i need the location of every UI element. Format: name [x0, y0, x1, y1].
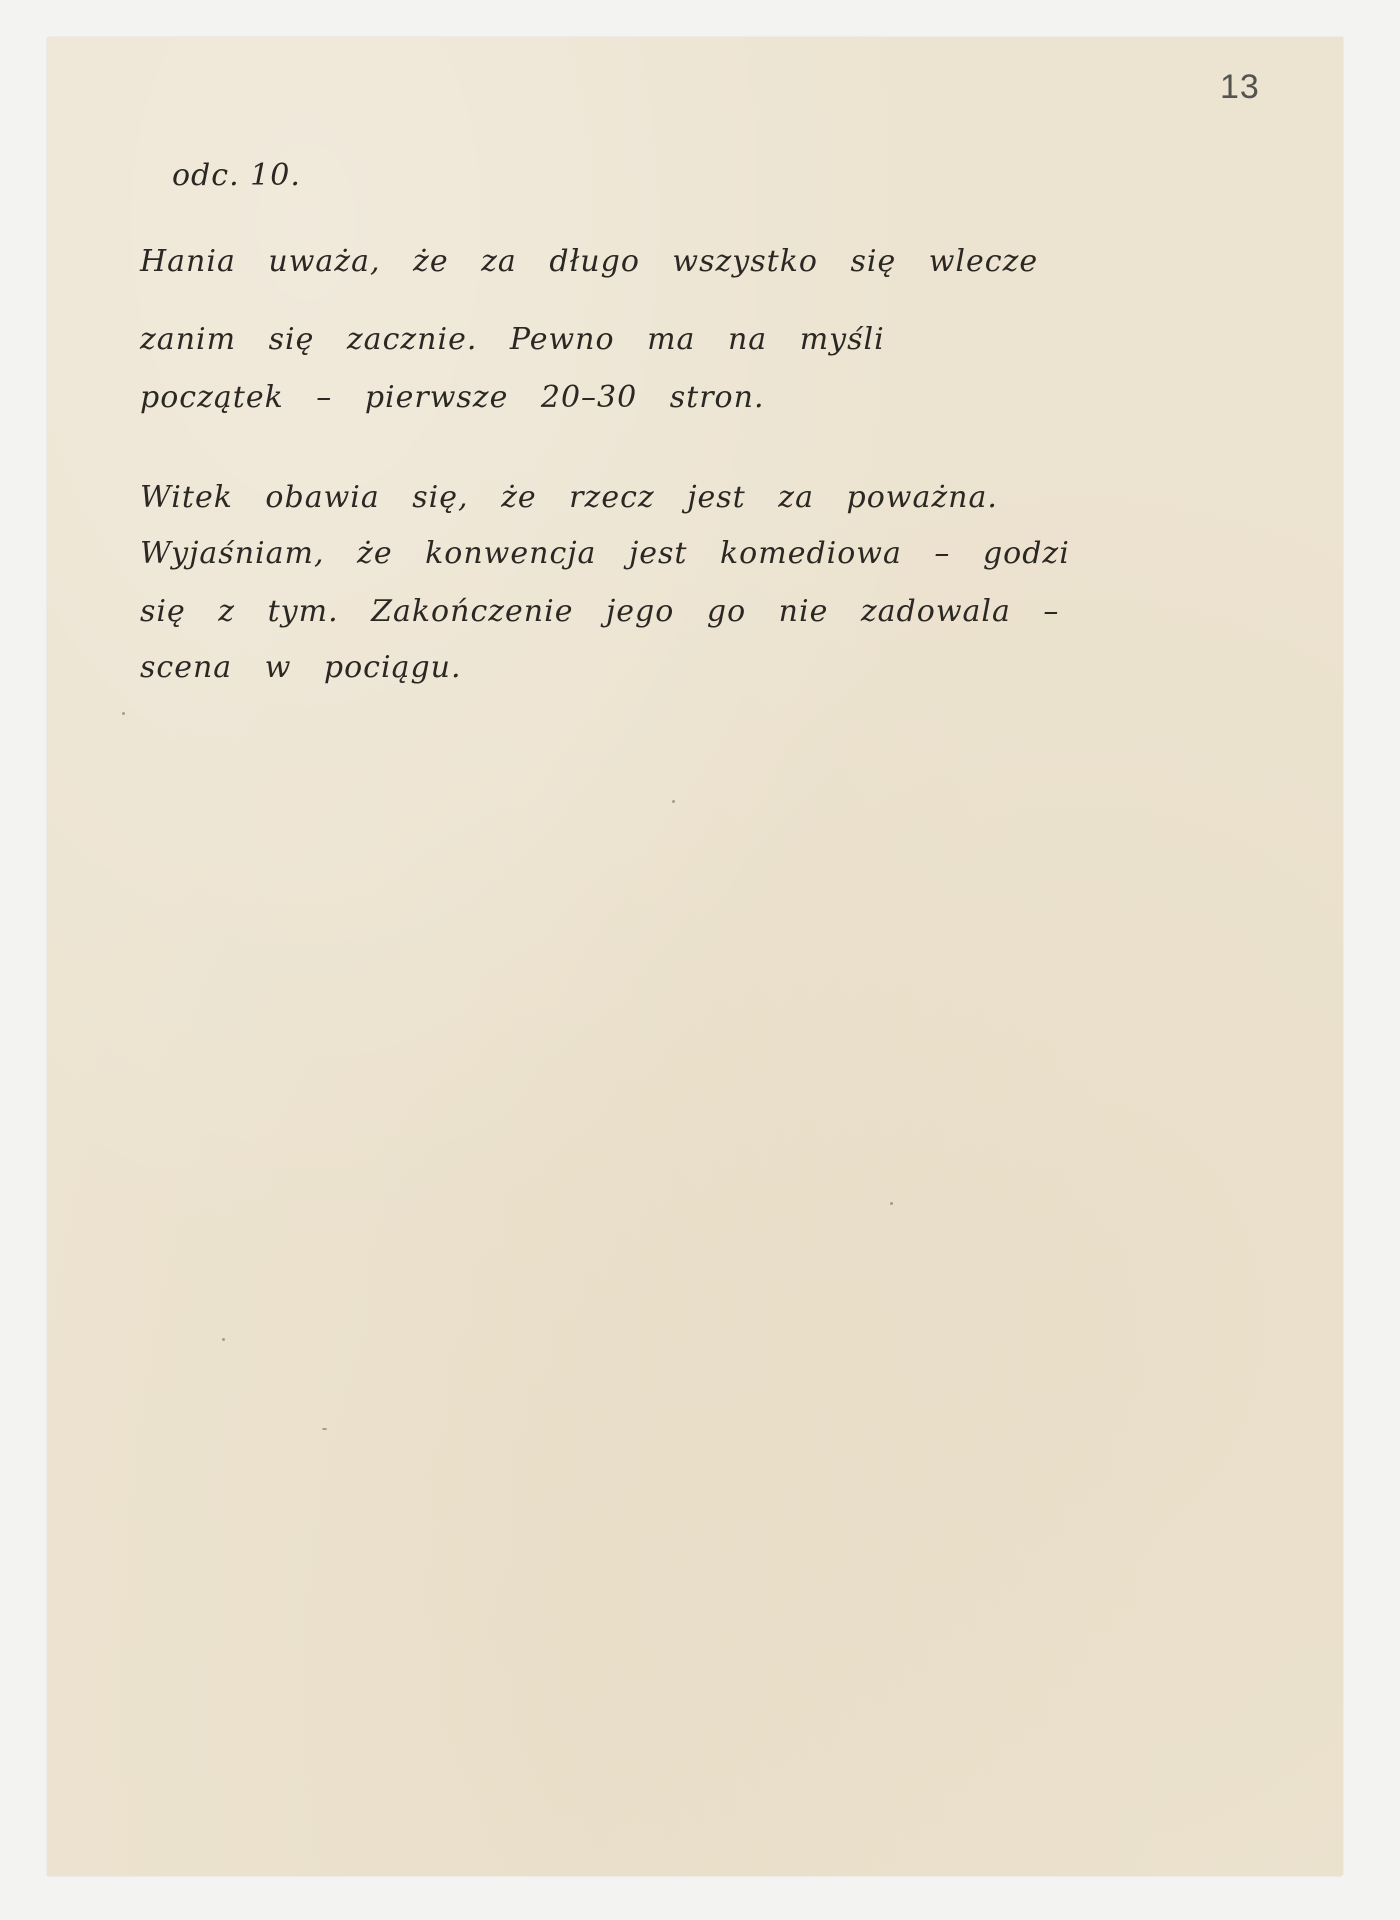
page-number: 13: [1220, 68, 1260, 107]
paper-speck: [322, 1428, 327, 1430]
paragraph-line: Wyjaśniam, że konwencja jest komediowa –…: [140, 536, 1070, 571]
paragraph-line: się z tym. Zakończenie jego go nie zadow…: [140, 594, 1059, 629]
paragraph-line: Witek obawia się, że rzecz jest za poważ…: [140, 480, 998, 515]
scanned-page: 13 odc. 10. Hania uważa, że za długo wsz…: [0, 0, 1400, 1920]
paragraph-line: początek – pierwsze 20–30 stron.: [140, 380, 764, 415]
paragraph-line: Hania uważa, że za długo wszystko się wl…: [140, 244, 1038, 279]
paragraph-line: scena w pociągu.: [140, 650, 462, 685]
paper-speck: [222, 1338, 225, 1341]
paper-speck: [672, 800, 675, 803]
paragraph-line: zanim się zacznie. Pewno ma na myśli: [140, 322, 885, 357]
paper-speck: [890, 1202, 893, 1205]
paper-speck: [122, 712, 125, 715]
paper-sheet: [47, 37, 1343, 1876]
episode-heading: odc. 10.: [172, 158, 301, 193]
